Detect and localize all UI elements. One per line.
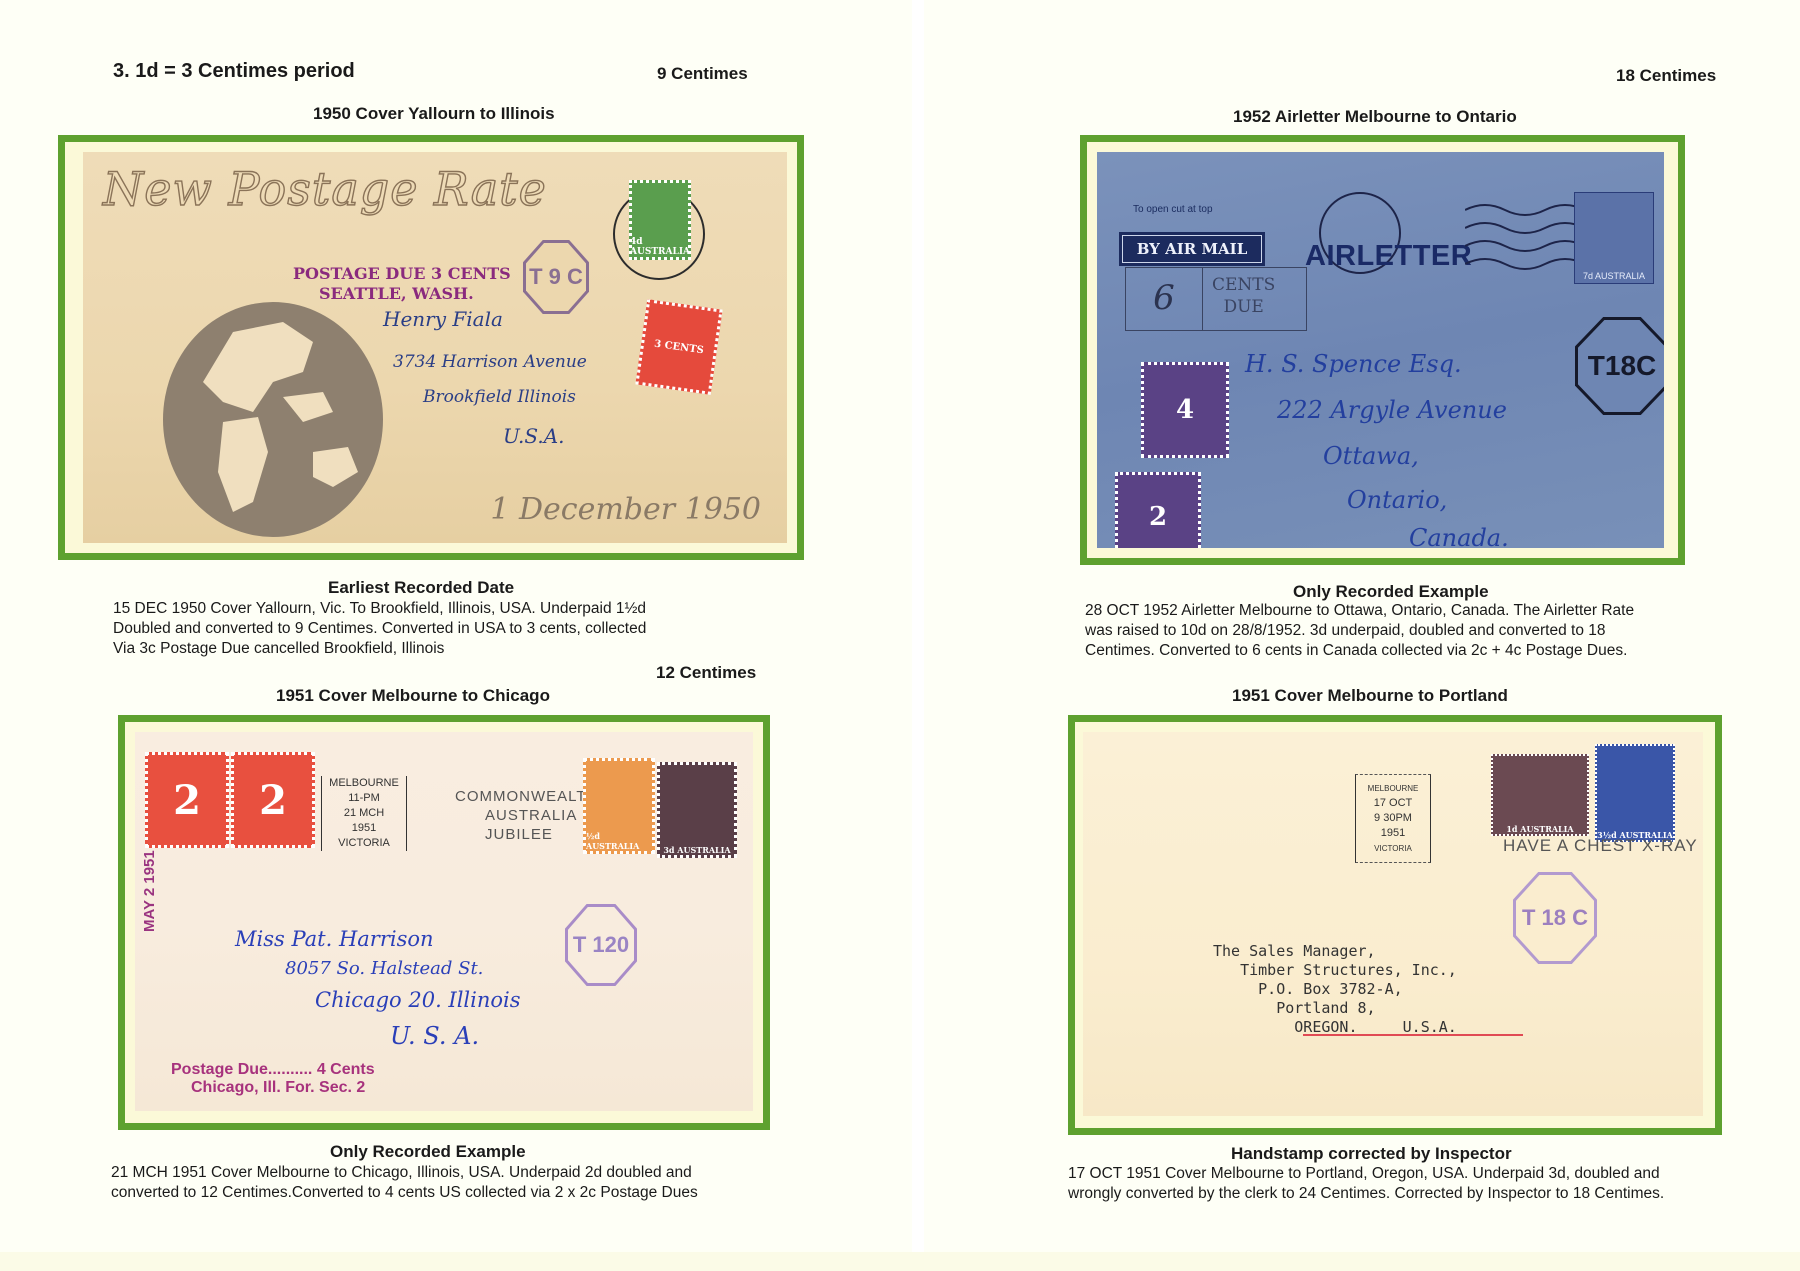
address-line: Ontario, bbox=[1347, 486, 1447, 514]
caption-body-yallourn: 15 DEC 1950 Cover Yallourn, Vic. To Broo… bbox=[113, 599, 813, 659]
rate-label-12-centimes: 12 Centimes bbox=[656, 663, 756, 683]
stamp-australia-3d-king: 3d AUSTRALIA bbox=[657, 762, 737, 858]
caption-heading-airletter: Only Recorded Example bbox=[1293, 582, 1489, 602]
cover-mat: 2 2 MELBOURNE 11-PM 21 MCH 1951 VICTORIA… bbox=[125, 722, 763, 1123]
cover-title-airletter: 1952 Airletter Melbourne to Ontario bbox=[1233, 107, 1517, 127]
caption-body-portland: 17 OCT 1951 Cover Melbourne to Portland,… bbox=[1068, 1164, 1798, 1204]
caption-heading-chicago: Only Recorded Example bbox=[330, 1142, 526, 1162]
cents-due-box: 6 CENTS DUE bbox=[1125, 267, 1307, 331]
melbourne-machine-postmark: MELBOURNE 17 OCT 9 30PM 1951 VICTORIA bbox=[1355, 774, 1431, 863]
postage-due-handstamp: POSTAGE DUE 3 CENTS SEATTLE, WASH. bbox=[293, 264, 511, 304]
cover-title-portland: 1951 Cover Melbourne to Portland bbox=[1232, 686, 1508, 706]
stamp-canada-postage-due-4c: 4 bbox=[1141, 362, 1229, 458]
address-line: 222 Argyle Avenue bbox=[1277, 396, 1507, 424]
globe-illustration-icon bbox=[163, 302, 383, 537]
date-stamp-may-2-1951: MAY 2 1951 bbox=[141, 850, 158, 932]
stamp-us-postage-due-3c: 3 CENTS bbox=[635, 299, 722, 395]
cover-frame-airletter: To open cut at top BY AIR MAIL AIRLETTER… bbox=[1080, 135, 1685, 565]
stamp-australia-1d-princess: 1d AUSTRALIA bbox=[1491, 754, 1589, 836]
address-line: Brookfield Illinois bbox=[423, 387, 576, 407]
typed-address: The Sales Manager, Timber Structures, In… bbox=[1213, 942, 1457, 1037]
caption-heading-portland: Handstamp corrected by Inspector bbox=[1231, 1144, 1512, 1164]
stamp-us-postage-due-2c: 2 bbox=[145, 752, 229, 848]
jubilee-slogan-cancel: COMMONWEALTH AUSTRALIA JUBILEE bbox=[455, 787, 598, 844]
address-line: Henry Fiala bbox=[383, 307, 503, 331]
new-postage-rate-banner: New Postage Rate bbox=[103, 162, 547, 216]
tax-mark-octagon-corrected: T 18 C bbox=[1513, 872, 1597, 964]
tax-mark-octagon: T18C bbox=[1575, 317, 1664, 415]
caption-body-airletter: 28 OCT 1952 Airletter Melbourne to Ottaw… bbox=[1085, 601, 1785, 661]
address-line: H. S. Spence Esq. bbox=[1245, 350, 1462, 378]
cover-airletter-ontario: To open cut at top BY AIR MAIL AIRLETTER… bbox=[1097, 152, 1664, 548]
caption-heading-yallourn: Earliest Recorded Date bbox=[328, 578, 514, 598]
open-instruction: To open cut at top bbox=[1133, 204, 1213, 215]
address-line: U. S. A. bbox=[390, 1022, 479, 1050]
cover-frame-yallourn: New Postage Rate POSTAGE DUE 3 CENTS SEA… bbox=[58, 135, 804, 560]
address-line: 8057 So. Halstead St. bbox=[285, 958, 483, 979]
bottom-margin bbox=[0, 1252, 1800, 1271]
cover-mat: To open cut at top BY AIR MAIL AIRLETTER… bbox=[1087, 142, 1678, 558]
rate-label-9-centimes: 9 Centimes bbox=[657, 64, 748, 84]
cover-title-yallourn: 1950 Cover Yallourn to Illinois bbox=[313, 104, 555, 124]
chest-xray-slogan-cancel: HAVE A CHEST X-RAY bbox=[1503, 836, 1698, 856]
red-underline bbox=[1303, 1034, 1523, 1036]
cover-melbourne-portland: MELBOURNE 17 OCT 9 30PM 1951 VICTORIA 1d… bbox=[1083, 732, 1703, 1116]
stamp-us-postage-due-2c: 2 bbox=[231, 752, 315, 848]
caption-body-chicago: 21 MCH 1951 Cover Melbourne to Chicago, … bbox=[111, 1163, 831, 1203]
stamp-canada-postage-due-2c: 2 bbox=[1115, 472, 1201, 548]
stamp-australia-4d: 4d AUSTRALIA bbox=[629, 180, 691, 260]
cover-yallourn-illinois: New Postage Rate POSTAGE DUE 3 CENTS SEA… bbox=[83, 152, 787, 543]
address-line: 3734 Harrison Avenue bbox=[393, 352, 587, 372]
by-air-mail-label: BY AIR MAIL bbox=[1119, 232, 1265, 266]
section-title: 3. 1d = 3 Centimes period bbox=[113, 60, 355, 83]
address-line: Chicago 20. Illinois bbox=[315, 988, 521, 1012]
cover-frame-portland: MELBOURNE 17 OCT 9 30PM 1951 VICTORIA 1d… bbox=[1068, 715, 1722, 1135]
address-line: Miss Pat. Harrison bbox=[235, 927, 434, 951]
melbourne-machine-postmark: MELBOURNE 11-PM 21 MCH 1951 VICTORIA bbox=[321, 776, 407, 851]
page-gutter bbox=[912, 0, 924, 1252]
cover-melbourne-chicago: 2 2 MELBOURNE 11-PM 21 MCH 1951 VICTORIA… bbox=[135, 732, 753, 1111]
tax-mark-octagon: T 120 bbox=[565, 904, 637, 986]
tax-mark-octagon: T 9 C bbox=[523, 240, 589, 314]
stamp-australia-3-half-d-king: 3½d AUSTRALIA bbox=[1595, 744, 1675, 842]
stamp-australia-kangaroo: ½d AUSTRALIA bbox=[583, 758, 655, 854]
cover-frame-chicago: 2 2 MELBOURNE 11-PM 21 MCH 1951 VICTORIA… bbox=[118, 715, 770, 1130]
address-line: U.S.A. bbox=[503, 424, 565, 448]
airletter-title: AIRLETTER bbox=[1305, 240, 1472, 273]
indicium-7d-australia: 7d AUSTRALIA bbox=[1574, 192, 1654, 284]
cover-mat: MELBOURNE 17 OCT 9 30PM 1951 VICTORIA 1d… bbox=[1075, 722, 1715, 1128]
address-line: Ottawa, bbox=[1323, 442, 1419, 470]
cover-title-chicago: 1951 Cover Melbourne to Chicago bbox=[276, 686, 550, 706]
rate-label-18-centimes: 18 Centimes bbox=[1616, 66, 1716, 86]
address-line: Canada. bbox=[1409, 524, 1509, 548]
printed-date: 1 December 1950 bbox=[490, 492, 761, 527]
postage-due-handstamp: Postage Due.......... 4 Cents Chicago, I… bbox=[171, 1061, 375, 1097]
cover-mat: New Postage Rate POSTAGE DUE 3 CENTS SEA… bbox=[65, 142, 797, 553]
